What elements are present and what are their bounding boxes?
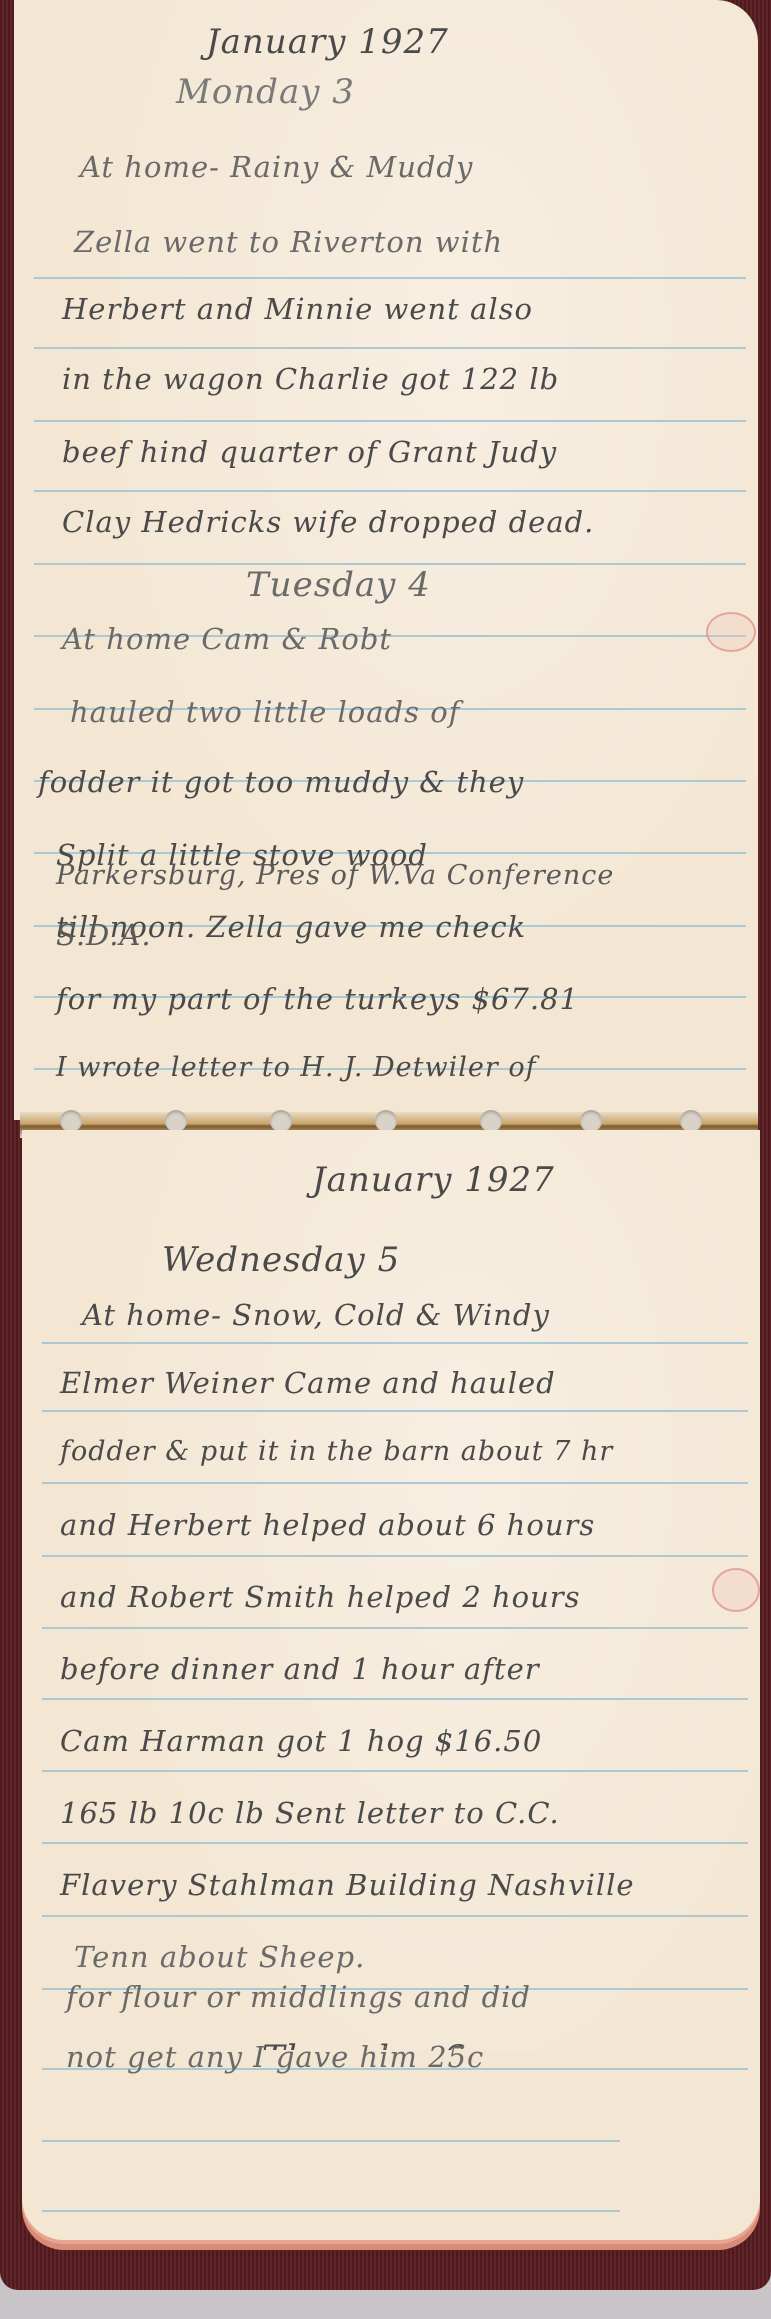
ruled-line [34,420,746,422]
entry-line: fodder it got too muddy & they [38,765,524,799]
entry-line: and Herbert helped about 6 hours [60,1508,595,1542]
ink-stain [712,1568,760,1612]
ruled-line [42,1770,748,1772]
entry-line: fodder & put it in the barn about 7 hr [60,1436,613,1467]
entry-line: At home Cam & Robt [62,622,392,656]
entry-line: in the wagon Charlie got 122 lb [62,362,559,396]
entry-line: Tenn about Sheep. [74,1940,365,1974]
entry-line: Elmer Weiner Came and hauled [60,1366,556,1400]
entry-line: for flour or middlings and did [66,1980,531,2014]
entry-line: 165 lb 10c lb Sent letter to C.C. [60,1796,560,1830]
ruled-line [42,1698,748,1700]
entry-line: beef hind quarter of Grant Judy [62,435,557,469]
ink-stain [706,612,756,652]
entry-line: and Robert Smith helped 2 hours [60,1580,581,1614]
entry-line: I wrote letter to H. J. Detwiler of [56,1052,537,1083]
ruled-line [42,1627,748,1629]
entry-line: At home- Snow, Cold & Windy [82,1298,550,1332]
ruled-line [42,2210,620,2212]
diary-page-bottom-lower [22,2050,760,2240]
binding-hole [580,1110,602,1132]
day-heading: Monday 3 [176,72,355,112]
entry-line: Zella went to Riverton with [74,225,503,259]
entry-line: before dinner and 1 hour after [60,1652,540,1686]
binding-hole [165,1110,187,1132]
ruled-line [34,490,746,492]
ruled-line [34,347,746,349]
entry-line: hauled two little loads of [70,695,460,729]
entry-line: At home- Rainy & Muddy [80,150,473,184]
page-header: January 1927 [312,1160,555,1200]
binding-hole [680,1110,702,1132]
binding-hole [375,1110,397,1132]
page-header: January 1927 [206,22,449,62]
entry-line: Clay Hedricks wife dropped dead. [62,505,594,539]
binding-hole [60,1110,82,1132]
entry-line: Herbert and Minnie went also [62,292,533,326]
ruled-line [42,1342,748,1344]
binding-hole [480,1110,502,1132]
ruled-line [42,1410,748,1412]
binding-hole [270,1110,292,1132]
ruled-line [42,1555,748,1557]
entry-line: Cam Harman got 1 hog $16.50 [60,1724,542,1758]
day-heading: Tuesday 4 [246,565,431,605]
ruled-line [42,2140,620,2142]
ruled-line [42,1915,748,1917]
entry-line: S.D.A. [56,918,152,952]
ruled-line [34,277,746,279]
entry-line: Parkersburg, Pres of W.Va Conference [56,860,614,891]
ruled-line [42,1482,748,1484]
entry-line: Flavery Stahlman Building Nashville [60,1868,635,1902]
day-heading: Wednesday 5 [162,1240,400,1280]
ruled-line [42,1842,748,1844]
entry-line: not get any I gave him 25c [66,2040,484,2074]
entry-line: for my part of the turkeys $67.81 [56,982,579,1016]
diary-page-top: January 1927 Monday 3 At home- Rainy & M… [14,0,758,1120]
